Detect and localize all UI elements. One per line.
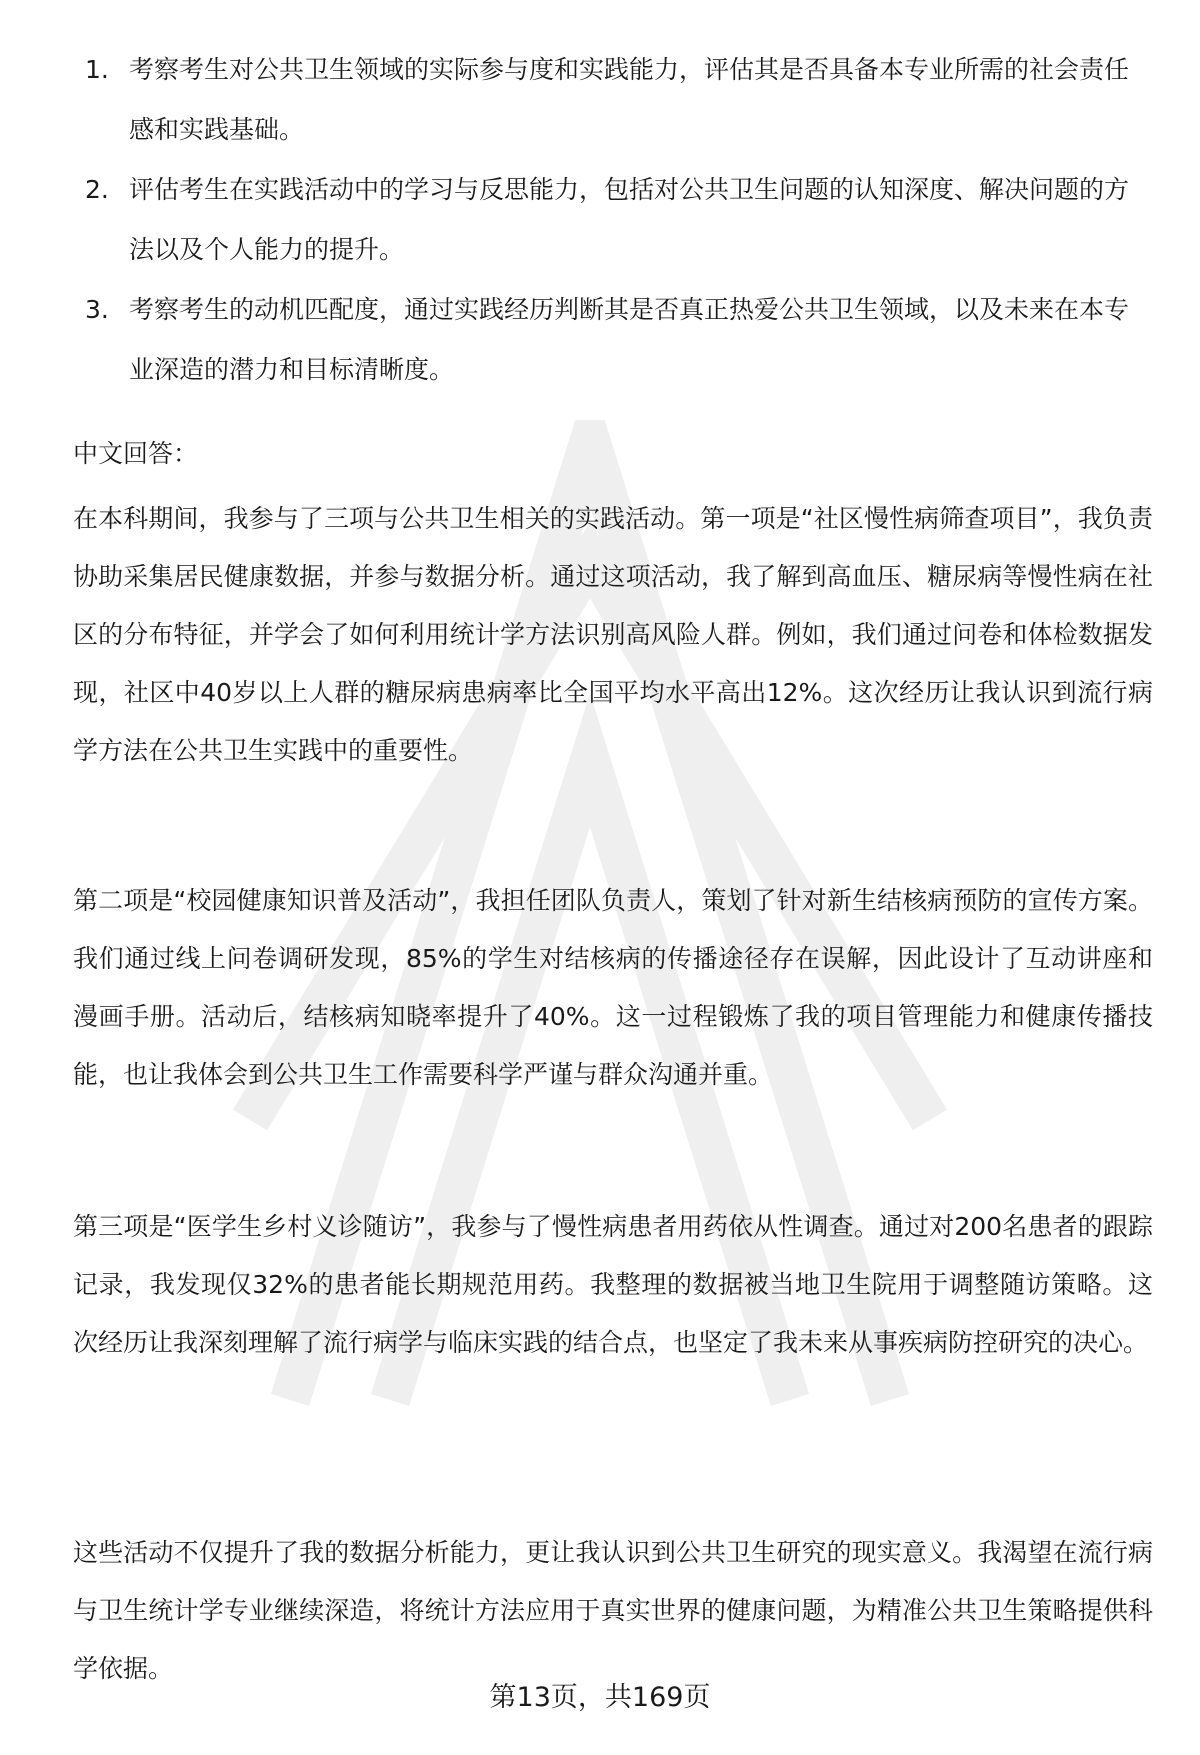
list-text: 考察考生的动机匹配度，通过实践经历判断其是否真正热爱公共卫生领域，以及未来在本专… — [129, 280, 1145, 400]
answer-label: 中文回答： — [73, 434, 198, 474]
answer-paragraph: 第三项是“医学生乡村义诊随访”，我参与了慢性病患者用药依从性调查。通过对200名… — [73, 1198, 1153, 1372]
list-number: 3. — [85, 280, 109, 340]
page-indicator: 第13页，共169页 — [0, 1678, 1200, 1718]
list-number: 1. — [85, 40, 109, 100]
list-text: 评估考生在实践活动中的学习与反思能力，包括对公共卫生问题的认知深度、解决问题的方… — [129, 160, 1145, 280]
evaluation-points-list: 1. 考察考生对公共卫生领域的实际参与度和实践能力，评估其是否具备本专业所需的社… — [85, 40, 1145, 400]
answer-paragraph: 在本科期间，我参与了三项与公共卫生相关的实践活动。第一项是“社区慢性病筛查项目”… — [73, 490, 1153, 780]
list-item: 2. 评估考生在实践活动中的学习与反思能力，包括对公共卫生问题的认知深度、解决问… — [85, 160, 1145, 280]
list-item: 1. 考察考生对公共卫生领域的实际参与度和实践能力，评估其是否具备本专业所需的社… — [85, 40, 1145, 160]
answer-paragraph: 这些活动不仅提升了我的数据分析能力，更让我认识到公共卫生研究的现实意义。我渴望在… — [73, 1524, 1153, 1698]
list-text: 考察考生对公共卫生领域的实际参与度和实践能力，评估其是否具备本专业所需的社会责任… — [129, 40, 1145, 160]
answer-paragraph: 第二项是“校园健康知识普及活动”，我担任团队负责人，策划了针对新生结核病预防的宣… — [73, 872, 1153, 1104]
list-item: 3. 考察考生的动机匹配度，通过实践经历判断其是否真正热爱公共卫生领域，以及未来… — [85, 280, 1145, 400]
list-number: 2. — [85, 160, 109, 220]
